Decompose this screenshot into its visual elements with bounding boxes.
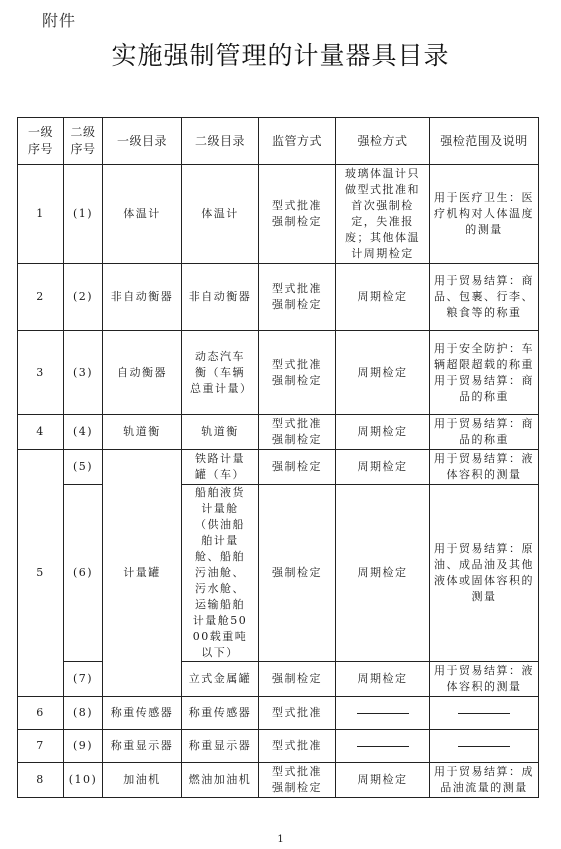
supervision: 型式批准强制检定 — [259, 165, 336, 264]
l2-no: (3) — [64, 331, 103, 415]
l2-category: 动态汽车衡（车辆总重计量） — [182, 331, 259, 415]
supervision: 型式批准 — [259, 730, 336, 763]
l2-no: (4) — [64, 415, 103, 450]
l1-category: 称重传感器 — [103, 697, 182, 730]
scope-dash — [430, 730, 539, 763]
l1-category: 体温计 — [103, 165, 182, 264]
table-row: (6) 船舶液货计量舱（供油船舶计量舱、船舶污油舱、污水舱、运输船舶计量舱500… — [18, 485, 539, 662]
table-row: 2 (2) 非自动衡器 非自动衡器 型式批准强制检定 周期检定 用于贸易结算：商… — [18, 264, 539, 331]
scope-line: 用于安全防护：车辆超限超载的称重 — [433, 341, 535, 373]
supervision: 型式批准 — [259, 697, 336, 730]
l1-no: 3 — [18, 331, 64, 415]
table-row: 6 (8) 称重传感器 称重传感器 型式批准 — [18, 697, 539, 730]
inspection: 周期检定 — [336, 450, 430, 485]
l1-category: 自动衡器 — [103, 331, 182, 415]
l1-category: 轨道衡 — [103, 415, 182, 450]
page-number: 1 — [0, 834, 561, 845]
table-row: 4 (4) 轨道衡 轨道衡 型式批准强制检定 周期检定 用于贸易结算：商品的称重 — [18, 415, 539, 450]
table-row: 5 (5) 计量罐 铁路计量罐（车） 强制检定 周期检定 用于贸易结算：液体容积… — [18, 450, 539, 485]
l2-category: 体温计 — [182, 165, 259, 264]
col-header-supervision: 监管方式 — [259, 118, 336, 165]
l1-no: 8 — [18, 763, 64, 798]
l2-no: (5) — [64, 450, 103, 485]
l2-category: 称重传感器 — [182, 697, 259, 730]
col-header-l2-no: 二级序号 — [64, 118, 103, 165]
l2-category: 称重显示器 — [182, 730, 259, 763]
l2-no: (6) — [64, 485, 103, 662]
inspection: 周期检定 — [336, 662, 430, 697]
inspection: 周期检定 — [336, 264, 430, 331]
l1-category: 加油机 — [103, 763, 182, 798]
supervision: 强制检定 — [259, 450, 336, 485]
l2-no: (2) — [64, 264, 103, 331]
dash-line — [458, 713, 510, 714]
supervision: 型式批准强制检定 — [259, 331, 336, 415]
l1-no: 2 — [18, 264, 64, 331]
l1-no: 7 — [18, 730, 64, 763]
l1-category: 称重显示器 — [103, 730, 182, 763]
supervision: 型式批准强制检定 — [259, 763, 336, 798]
scope: 用于贸易结算：原油、成品油及其他液体或固体容积的测量 — [430, 485, 539, 662]
inspection: 周期检定 — [336, 763, 430, 798]
l2-category: 船舶液货计量舱（供油船舶计量舱、船舶污油舱、污水舱、运输船舶计量舱5000载重吨… — [182, 485, 259, 662]
scope-line: 用于贸易结算：商品的称重 — [433, 373, 535, 405]
l1-no: 6 — [18, 697, 64, 730]
col-header-l2-cat: 二级目录 — [182, 118, 259, 165]
l2-no: (9) — [64, 730, 103, 763]
col-header-inspection: 强检方式 — [336, 118, 430, 165]
supervision: 强制检定 — [259, 485, 336, 662]
scope: 用于医疗卫生：医疗机构对人体温度的测量 — [430, 165, 539, 264]
table-row: 3 (3) 自动衡器 动态汽车衡（车辆总重计量） 型式批准强制检定 周期检定 用… — [18, 331, 539, 415]
inspection: 玻璃体温计只做型式批准和首次强制检定，失准报废；其他体温计周期检定 — [336, 165, 430, 264]
col-header-l1-cat: 一级目录 — [103, 118, 182, 165]
supervision: 型式批准强制检定 — [259, 415, 336, 450]
l1-category: 非自动衡器 — [103, 264, 182, 331]
scope: 用于贸易结算：商品、包裹、行李、粮食等的称重 — [430, 264, 539, 331]
scope-dash — [430, 697, 539, 730]
l2-category: 铁路计量罐（车） — [182, 450, 259, 485]
l2-no: (10) — [64, 763, 103, 798]
l2-no: (1) — [64, 165, 103, 264]
page-title: 实施强制管理的计量器具目录 — [0, 36, 561, 72]
col-header-scope: 强检范围及说明 — [430, 118, 539, 165]
inspection-dash — [336, 697, 430, 730]
scope: 用于贸易结算：成品油流量的测量 — [430, 763, 539, 798]
table-row: (7) 立式金属罐 强制检定 周期检定 用于贸易结算：液体容积的测量 — [18, 662, 539, 697]
l1-no: 5 — [18, 450, 64, 697]
table-row: 7 (9) 称重显示器 称重显示器 型式批准 — [18, 730, 539, 763]
dash-line — [458, 746, 510, 747]
supervision: 型式批准强制检定 — [259, 264, 336, 331]
table-row: 1 (1) 体温计 体温计 型式批准强制检定 玻璃体温计只做型式批准和首次强制检… — [18, 165, 539, 264]
table-row: 8 (10) 加油机 燃油加油机 型式批准强制检定 周期检定 用于贸易结算：成品… — [18, 763, 539, 798]
attachment-label: 附件 — [42, 8, 76, 31]
l2-category: 轨道衡 — [182, 415, 259, 450]
l2-category: 非自动衡器 — [182, 264, 259, 331]
scope: 用于安全防护：车辆超限超载的称重 用于贸易结算：商品的称重 — [430, 331, 539, 415]
dash-line — [357, 713, 409, 714]
inspection: 周期检定 — [336, 485, 430, 662]
scope: 用于贸易结算：商品的称重 — [430, 415, 539, 450]
l2-no: (8) — [64, 697, 103, 730]
l2-no: (7) — [64, 662, 103, 697]
l1-no: 1 — [18, 165, 64, 264]
l1-no: 4 — [18, 415, 64, 450]
inspection-dash — [336, 730, 430, 763]
l2-category: 立式金属罐 — [182, 662, 259, 697]
col-header-l1-no: 一级序号 — [18, 118, 64, 165]
l1-category: 计量罐 — [103, 450, 182, 697]
supervision: 强制检定 — [259, 662, 336, 697]
measuring-instruments-table: 一级序号 二级序号 一级目录 二级目录 监管方式 强检方式 强检范围及说明 1 … — [17, 117, 539, 798]
table-header-row: 一级序号 二级序号 一级目录 二级目录 监管方式 强检方式 强检范围及说明 — [18, 118, 539, 165]
dash-line — [357, 746, 409, 747]
l2-category: 燃油加油机 — [182, 763, 259, 798]
scope: 用于贸易结算：液体容积的测量 — [430, 662, 539, 697]
inspection: 周期检定 — [336, 415, 430, 450]
scope: 用于贸易结算：液体容积的测量 — [430, 450, 539, 485]
inspection: 周期检定 — [336, 331, 430, 415]
